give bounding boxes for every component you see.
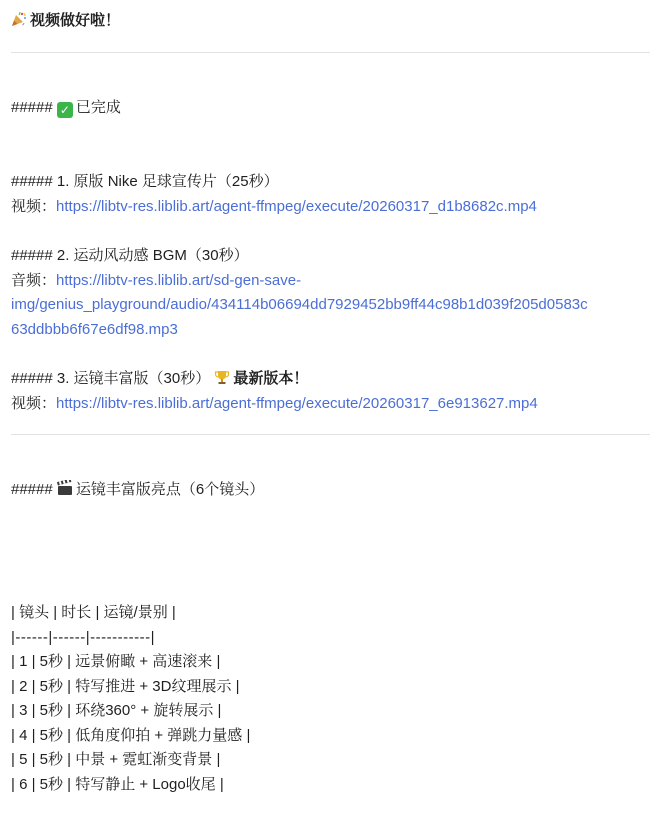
- party-popper-icon: [11, 11, 27, 27]
- heading-prefix: #####: [11, 481, 53, 498]
- item-1-video-link[interactable]: https://libtv-res.liblib.art/agent-ffmpe…: [56, 198, 537, 215]
- table-row: | 5 | 5秒 | 中景 + 霓虹渐变背景 |: [11, 750, 220, 770]
- item-2-heading: ##### 2. 运动风动感 BGM（30秒）: [11, 246, 249, 266]
- item-1-type-label: 视频：: [11, 198, 56, 215]
- table-row: | 6 | 5秒 | 特写静止 + Logo收尾 |: [11, 775, 224, 795]
- completed-label: 已完成: [76, 99, 121, 116]
- trophy-icon: [214, 369, 230, 385]
- item-3-video-link[interactable]: https://libtv-res.liblib.art/agent-ffmpe…: [56, 395, 538, 412]
- table-row: | 3 | 5秒 | 环绕360° + 旋转展示 |: [11, 701, 221, 721]
- item-2-link-row-2: img/genius_playground/audio/434114b06694…: [11, 295, 588, 315]
- table-separator: |------|------|-----------|: [11, 628, 155, 648]
- item-3-heading: ##### 3. 运镜丰富版（30秒）: [11, 370, 210, 387]
- item-1-link-row: 视频：https://libtv-res.liblib.art/agent-ff…: [11, 197, 537, 217]
- item-1-heading: ##### 1. 原版 Nike 足球宣传片（25秒）: [11, 172, 279, 192]
- item-2-type-label: 音频：: [11, 272, 56, 289]
- table-row: | 4 | 5秒 | 低角度仰拍 + 弹跳力量感 |: [11, 726, 250, 746]
- item-3-heading-row: ##### 3. 运镜丰富版（30秒） 最新版本！: [11, 369, 308, 389]
- item-3-type-label: 视频：: [11, 395, 56, 412]
- completed-heading: ##### ✓已完成: [11, 98, 121, 118]
- heading-prefix: #####: [11, 99, 53, 116]
- title-text: 视频做好啦！: [30, 12, 120, 29]
- check-mark-icon: ✓: [57, 102, 73, 118]
- divider: [11, 434, 650, 435]
- item-2-audio-link-end[interactable]: 63ddbbb6f67e6df98.mp3: [11, 321, 178, 338]
- item-2-link-row: 音频：https://libtv-res.liblib.art/sd-gen-s…: [11, 271, 301, 291]
- latest-version-badge: 最新版本！: [233, 370, 308, 387]
- item-2-audio-link[interactable]: https://libtv-res.liblib.art/sd-gen-save…: [56, 272, 301, 289]
- divider: [11, 52, 650, 53]
- item-2-audio-link-cont[interactable]: img/genius_playground/audio/434114b06694…: [11, 296, 588, 313]
- chat-message: 视频做好啦！ ##### ✓已完成 ##### 1. 原版 Nike 足球宣传片…: [0, 0, 660, 820]
- table-row: | 2 | 5秒 | 特写推进 + 3D纹理展示 |: [11, 677, 240, 697]
- clapper-board-icon: [57, 480, 73, 496]
- item-2-link-row-3: 63ddbbb6f67e6df98.mp3: [11, 320, 178, 340]
- table-header: | 镜头 | 时长 | 运镜/景别 |: [11, 603, 176, 623]
- table-row: | 1 | 5秒 | 远景俯瞰 + 高速滚来 |: [11, 652, 220, 672]
- highlights-label: 运镜丰富版亮点（6个镜头）: [76, 481, 264, 498]
- message-title: 视频做好啦！: [11, 11, 120, 31]
- highlights-heading: ##### 运镜丰富版亮点（6个镜头）: [11, 480, 264, 500]
- item-3-link-row: 视频：https://libtv-res.liblib.art/agent-ff…: [11, 394, 538, 414]
